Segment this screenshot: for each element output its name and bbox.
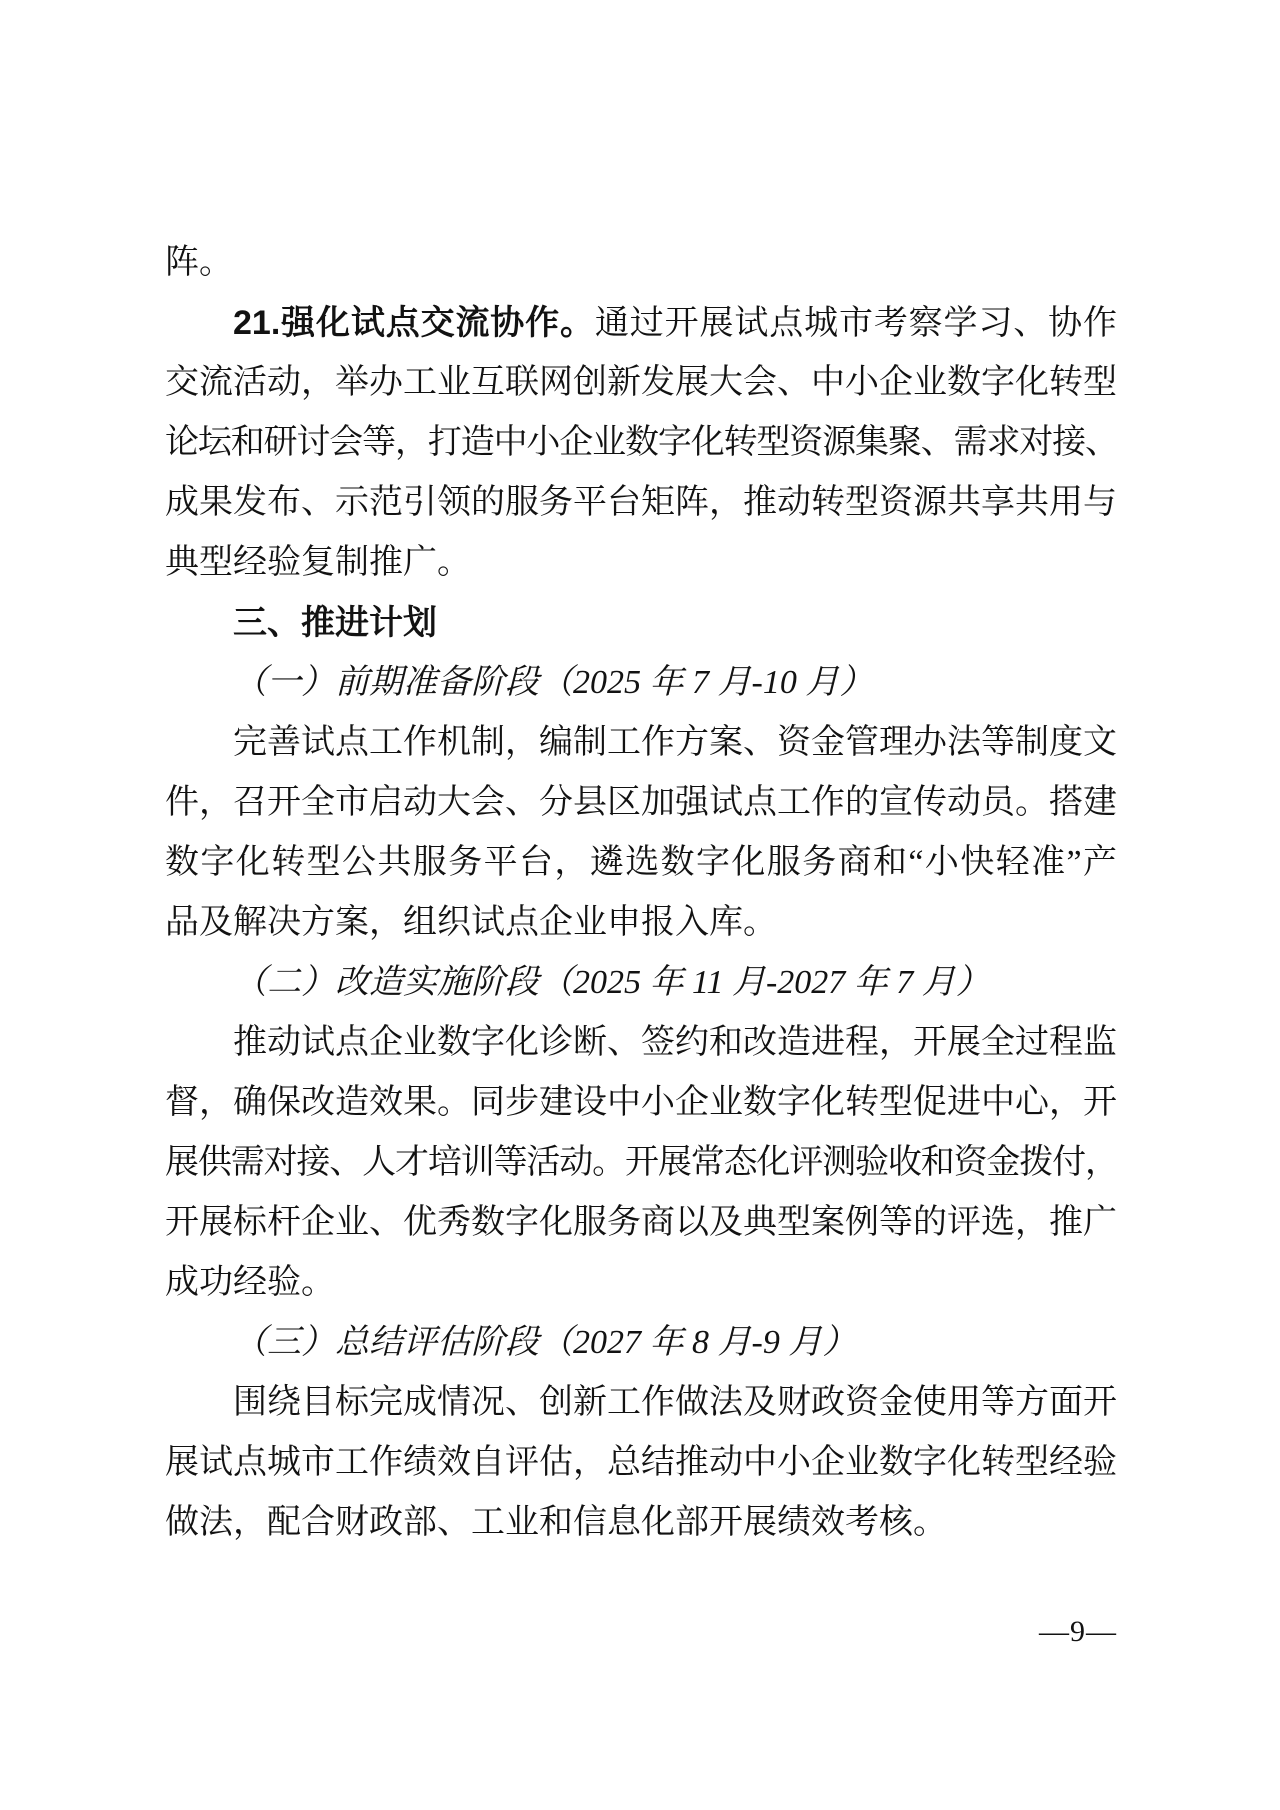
paragraph-last-line: 做法，配合财政部、工业和信息化部开展绩效考核。 (165, 1493, 1117, 1553)
stage-2-heading: （二）改造实施阶段（2025 年 11 月-2027 年 7 月） (165, 953, 1117, 1013)
item-21-bold-lead: 21.强化试点交流协作。 (233, 304, 595, 342)
item-21-line: 21.强化试点交流协作。通过开展试点城市考察学习、协作 (165, 293, 1117, 353)
paragraph-last-line: 典型经验复制推广。 (165, 533, 1117, 593)
paragraph-line: 围绕目标完成情况、创新工作做法及财政资金使用等方面开 (165, 1373, 1117, 1433)
paragraph-line: 展试点城市工作绩效自评估，总结推动中小企业数字化转型经验 (165, 1433, 1117, 1493)
paragraph-last-line: 成功经验。 (165, 1253, 1117, 1313)
paragraph-line: 完善试点工作机制，编制工作方案、资金管理办法等制度文 (165, 713, 1117, 773)
paragraph-last-line: 品及解决方案，组织试点企业申报入库。 (165, 893, 1117, 953)
paragraph-line: 数字化转型公共服务平台，遴选数字化服务商和“小快轻准”产 (165, 833, 1117, 893)
document-body: 阵。 21.强化试点交流协作。通过开展试点城市考察学习、协作 交流活动，举办工业… (165, 233, 1117, 1553)
item-21-body-start: 通过开展试点城市考察学习、协作 (595, 305, 1117, 342)
paragraph-line: 督，确保改造效果。同步建设中小企业数字化转型促进中心，开 (165, 1073, 1117, 1133)
document-page: 阵。 21.强化试点交流协作。通过开展试点城市考察学习、协作 交流活动，举办工业… (0, 0, 1280, 1810)
paragraph-line: 交流活动，举办工业互联网创新发展大会、中小企业数字化转型 (165, 353, 1117, 413)
paragraph-end-line: 阵。 (165, 233, 1117, 293)
paragraph-line: 开展标杆企业、优秀数字化服务商以及典型案例等的评选，推广 (165, 1193, 1117, 1253)
stage-3-heading: （三）总结评估阶段（2027 年 8 月-9 月） (165, 1313, 1117, 1373)
paragraph-line: 论坛和研讨会等，打造中小企业数字化转型资源集聚、需求对接、 (165, 413, 1117, 473)
paragraph-line: 推动试点企业数字化诊断、签约和改造进程，开展全过程监 (165, 1013, 1117, 1073)
page-number: —9— (1039, 1602, 1117, 1662)
stage-1-heading: （一）前期准备阶段（2025 年 7 月-10 月） (165, 653, 1117, 713)
paragraph-line: 成果发布、示范引领的服务平台矩阵，推动转型资源共享共用与 (165, 473, 1117, 533)
section-3-heading: 三、推进计划 (165, 593, 1117, 653)
paragraph-line: 展供需对接、人才培训等活动。开展常态化评测验收和资金拨付， (165, 1133, 1117, 1193)
paragraph-line: 件，召开全市启动大会、分县区加强试点工作的宣传动员。搭建 (165, 773, 1117, 833)
